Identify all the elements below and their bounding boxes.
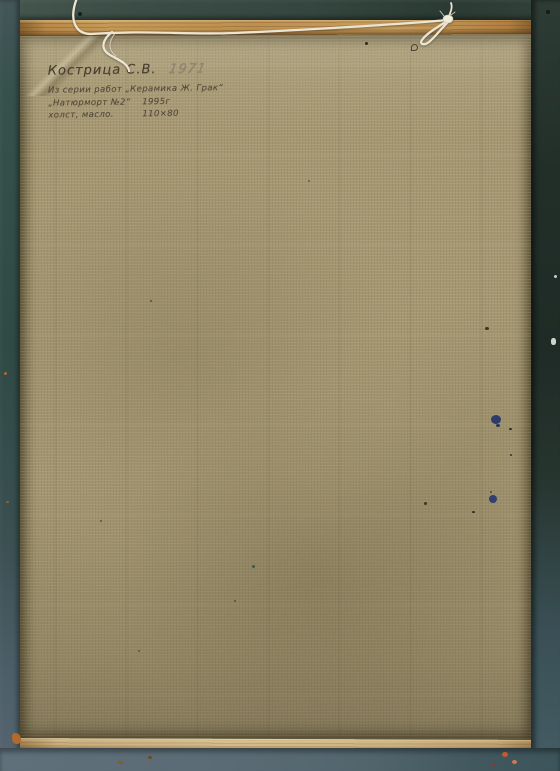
speck (138, 650, 140, 652)
inscription-title: „Натюрморт №2“ (48, 97, 142, 108)
paint-chip (4, 372, 7, 375)
speck (485, 327, 489, 330)
inscription-line-artist: Кострица С.В.1971 (48, 60, 278, 78)
speck (100, 520, 102, 522)
paint-chip (12, 733, 21, 744)
paint-chip (554, 275, 557, 278)
nail-head (78, 12, 82, 16)
canvas-back: Кострица С.В.1971 Из серии работ „Керами… (20, 34, 532, 742)
inscription-medium: холст, масло. (48, 109, 142, 120)
paint-chip (6, 501, 9, 503)
speck (472, 511, 475, 513)
painting-back-photo: Кострица С.В.1971 Из серии работ „Керами… (0, 0, 560, 771)
paint-chip (512, 760, 517, 764)
paint-chip (118, 761, 124, 764)
frame-right-bar (531, 0, 560, 771)
paint-chip (148, 756, 152, 759)
inscription-year: 1971 (167, 61, 207, 77)
inscription-line-title: „Натюрморт №2“1995г (48, 95, 278, 108)
paint-chip (551, 338, 556, 345)
speck (510, 454, 512, 456)
ink-stain (489, 495, 497, 503)
nail-hole (411, 44, 418, 51)
speck (424, 502, 427, 505)
speck (252, 565, 255, 568)
frame-top-bar (0, 0, 560, 20)
paint-chip (502, 752, 508, 757)
speck (308, 180, 310, 182)
artist-name: Кострица С.В. (48, 62, 157, 79)
speck (509, 428, 512, 430)
ink-stain (491, 415, 501, 424)
nail-head (546, 10, 550, 14)
speck (234, 600, 236, 602)
frame-bottom-bar (0, 748, 560, 771)
speck (150, 300, 152, 302)
inscription-title-year: 1995г (142, 96, 170, 106)
inscription-size: 110×80 (142, 109, 179, 120)
paint-chip (492, 763, 496, 766)
inscription-series: Из серии работ „Керамика Ж. Грак“ (48, 82, 278, 95)
speck (365, 42, 368, 45)
canvas-grain (20, 34, 532, 742)
stretcher-top-edge (14, 18, 546, 36)
inscription: Кострица С.В.1971 Из серии работ „Керами… (48, 60, 279, 120)
frame-left-bar (0, 0, 20, 771)
